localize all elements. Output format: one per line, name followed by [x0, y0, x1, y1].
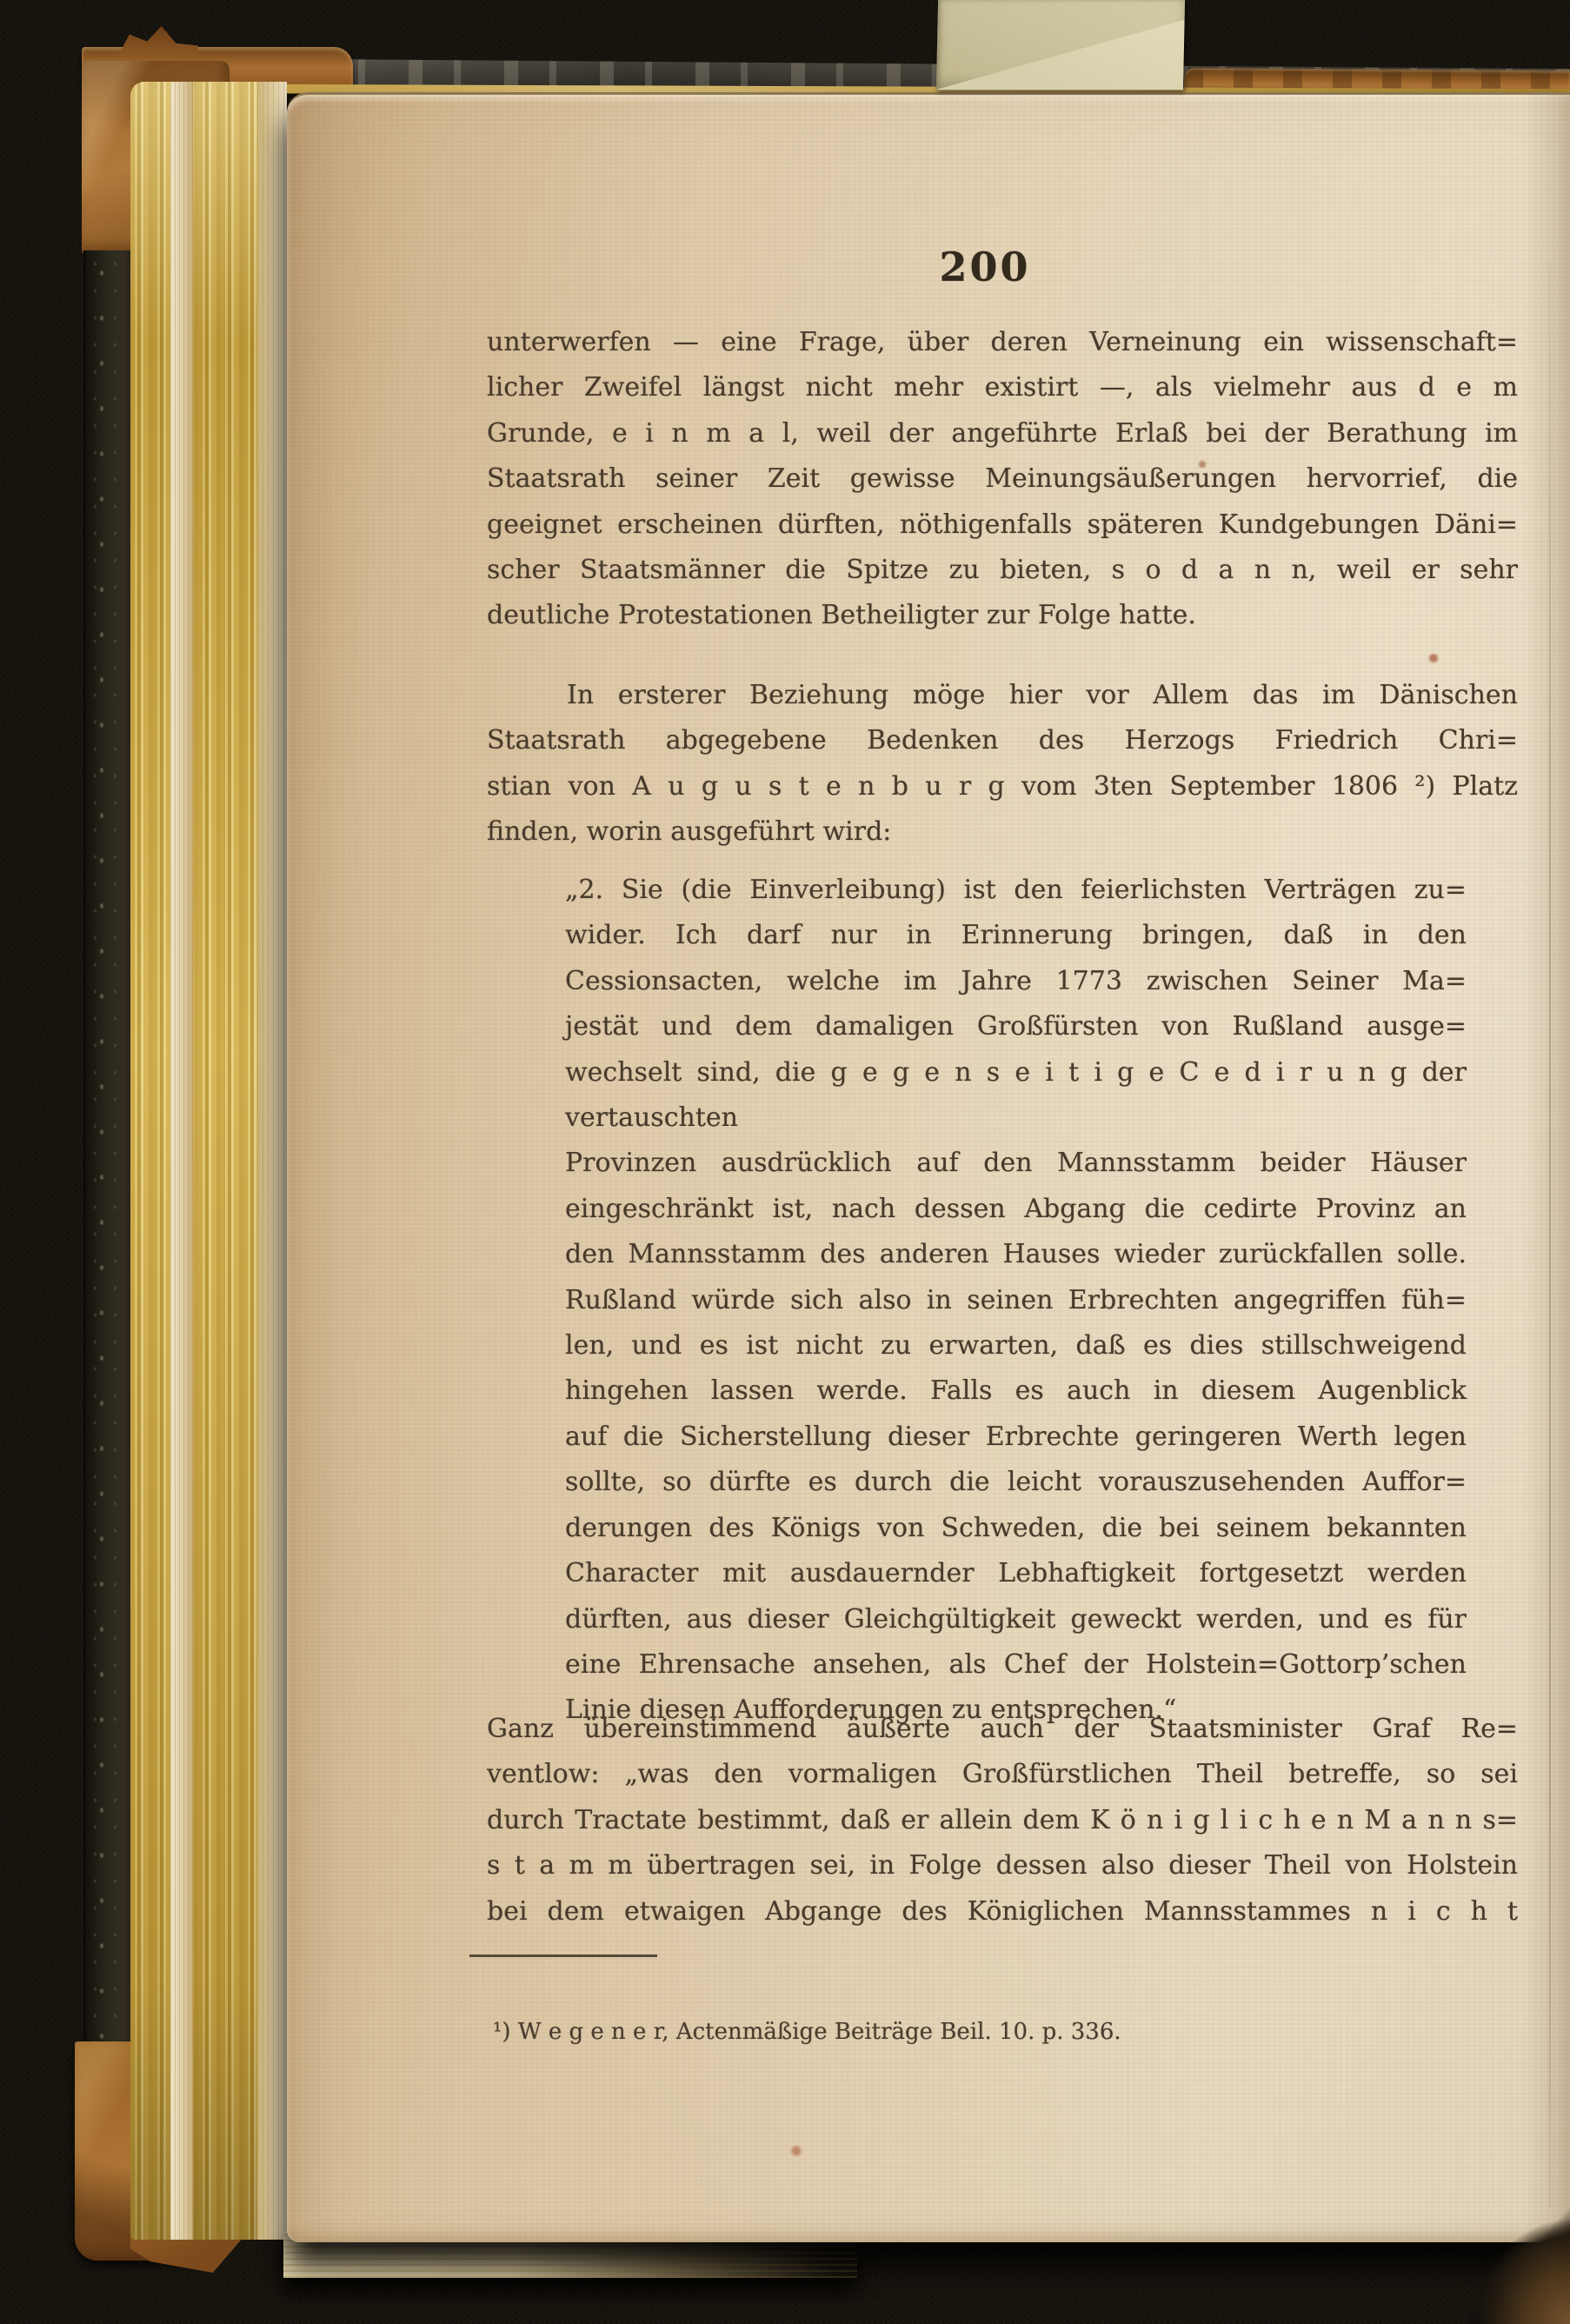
pale-page-cluster-stripe: [170, 82, 193, 2240]
text-line: deutliche Protestationen Betheiligter zu…: [487, 593, 1518, 638]
paragraph: unterwerfen — eine Frage, über deren Ver…: [487, 320, 1518, 639]
text-line: s t a m m übertragen sei, in Folge desse…: [487, 1843, 1518, 1888]
text-line: Rußland würde sich also in seinen Erbrec…: [565, 1278, 1467, 1323]
text-line: hingehen lassen werde. Falls es auch in …: [565, 1368, 1467, 1414]
text-line: stian von A u g u s t e n b u r g vom 3t…: [487, 764, 1518, 809]
text-line: finden, worin ausgeführt wird:: [487, 809, 1518, 855]
text-line: eingeschränkt ist, nach dessen Abgang di…: [565, 1187, 1467, 1232]
block-quote: „2. Sie (die Einverleibung) ist den feie…: [565, 868, 1467, 1734]
text-line: auf die Sicherstellung dieser Erbrechte …: [565, 1415, 1467, 1460]
page-text: unterwerfen — eine Frage, über deren Ver…: [287, 95, 1570, 2242]
text-line: „2. Sie (die Einverleibung) ist den feie…: [565, 868, 1467, 913]
book-scan-photo: 200 unterwerfen — eine Frage, über deren…: [0, 0, 1570, 2324]
text-line: dürften, aus dieser Gleichgültigkeit gew…: [565, 1597, 1467, 1642]
text-line: In ersterer Beziehung möge hier vor Alle…: [487, 673, 1518, 718]
text-line: Grunde, e i n m a l, weil der angeführte…: [487, 411, 1518, 456]
footnote: ¹) W e g e n e r, Actenmäßige Beiträge B…: [493, 2014, 1501, 2049]
text-line: durch Tractate bestimmt, daß er allein d…: [487, 1798, 1518, 1843]
footnote-rule: [469, 1954, 657, 1957]
paragraph: Ganz übereinstimmend äußerte auch der St…: [487, 1707, 1518, 1934]
text-line: Ganz übereinstimmend äußerte auch der St…: [487, 1707, 1518, 1752]
text-line: bei dem etwaigen Abgange des Königlichen…: [487, 1889, 1518, 1934]
text-line: licher Zweifel längst nicht mehr existir…: [487, 365, 1518, 410]
page-right-crease: [1549, 260, 1551, 2207]
text-line: eine Ehrensache ansehen, als Chef der Ho…: [565, 1642, 1467, 1688]
text-line: scher Staatsmänner die Spitze zu bieten,…: [487, 548, 1518, 593]
text-line: Provinzen ausdrücklich auf den Mannsstam…: [565, 1141, 1467, 1186]
text-line: sollte, so dürfte es durch die leicht vo…: [565, 1460, 1467, 1505]
text-line: Staatsrath seiner Zeit gewisse Meinungsä…: [487, 456, 1518, 502]
text-line: Cessionsacten, welche im Jahre 1773 zwis…: [565, 959, 1467, 1004]
text-line: Character mit ausdauernder Lebhaftigkeit…: [565, 1551, 1467, 1596]
tape-strip: [936, 0, 1185, 90]
text-line: derungen des Königs von Schweden, die be…: [565, 1506, 1467, 1551]
text-line: wechselt sind, die g e g e n s e i t i g…: [565, 1050, 1467, 1142]
text-line: Staatsrath abgegebene Bedenken des Herzo…: [487, 718, 1518, 763]
text-line: len, und es ist nicht zu erwarten, daß e…: [565, 1323, 1467, 1368]
text-line: geeignet erscheinen dürften, nöthigenfal…: [487, 503, 1518, 548]
paragraph: In ersterer Beziehung möge hier vor Alle…: [487, 673, 1518, 856]
text-line: wider. Ich darf nur in Erinnerung bringe…: [565, 913, 1467, 958]
text-line: unterwerfen — eine Frage, über deren Ver…: [487, 320, 1518, 365]
gilt-fore-edge-stack: [130, 82, 287, 2240]
pale-page-cluster-stripe: [257, 82, 287, 2240]
text-line: den Mannsstamm des anderen Hauses wieder…: [565, 1232, 1467, 1277]
text-line: jestät und dem damaligen Großfürsten von…: [565, 1004, 1467, 1049]
shadow-object-bottom-right: [1467, 2208, 1570, 2324]
text-line: ventlow: „was den vormaligen Großfürstli…: [487, 1752, 1518, 1797]
book-page: 200 unterwerfen — eine Frage, über deren…: [287, 92, 1570, 2242]
